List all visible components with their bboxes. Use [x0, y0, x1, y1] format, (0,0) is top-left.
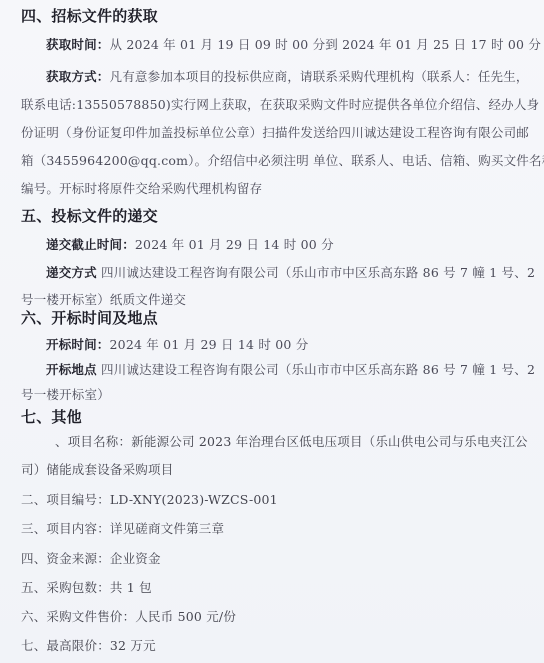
field-label: 开标时间： — [46, 337, 110, 352]
field-value: 凡有意参加本项目的投标供应商，请联系采购代理机构（联系人：任先生， — [110, 69, 529, 84]
field-value-continued: 箱（3455964200@qq.com）。介绍信中必须注明 单位、联系人、电话、… — [21, 153, 544, 169]
field-opening-location: 开标地点 四川诚达建设工程咨询有限公司（乐山市市中区乐高东路 86 号 7 幢 … — [46, 362, 535, 378]
list-item-max-price: 七、最高限价：32 万元 — [21, 638, 156, 654]
list-item-document-price: 六、采购文件售价：人民币 500 元/份 — [21, 609, 236, 625]
list-item-project-number: 二、项目编号：LD-XNY(2023)-WZCS-001 — [21, 492, 278, 508]
field-label: 获取方式： — [46, 69, 110, 84]
section-heading-7: 七、其他 — [21, 408, 82, 426]
list-item-project-content: 三、项目内容：详见磋商文件第三章 — [21, 521, 224, 537]
section-heading-6: 六、开标时间及地点 — [21, 309, 158, 327]
field-value-continued: 编号。开标时将原件交给采购代理机构留存 — [21, 181, 262, 197]
field-value-continued: 号一楼开标室） — [21, 387, 110, 403]
field-acquire-method: 获取方式：凡有意参加本项目的投标供应商，请联系采购代理机构（联系人：任先生， — [46, 69, 529, 85]
field-opening-time: 开标时间：2024 年 01 月 29 日 14 时 00 分 — [46, 337, 308, 353]
field-value: 四川诚达建设工程咨询有限公司（乐山市市中区乐高东路 86 号 7 幢 1 号、2 — [97, 265, 535, 280]
field-label: 开标地点 — [46, 362, 97, 377]
field-submit-method: 递交方式 四川诚达建设工程咨询有限公司（乐山市市中区乐高东路 86 号 7 幢 … — [46, 265, 535, 281]
section-heading-4: 四、招标文件的获取 — [21, 7, 158, 25]
field-value: 2024 年 01 月 29 日 14 时 00 分 — [135, 237, 334, 252]
field-label: 递交方式 — [46, 265, 97, 280]
field-value-continued: 联系电话:13550578850)实行网上获取，在获取采购文件时应提供各单位介绍… — [21, 97, 539, 113]
list-item-fund-source: 四、资金来源：企业资金 — [21, 551, 161, 567]
field-submit-deadline: 递交截止时间：2024 年 01 月 29 日 14 时 00 分 — [46, 237, 334, 253]
field-acquire-time: 获取时间：从 2024 年 01 月 19 日 09 时 00 分到 2024 … — [46, 37, 541, 53]
list-item-project-name: 、项目名称：新能源公司 2023 年治理台区低电压项目（乐山供电公司与乐电夹江公 — [55, 434, 528, 450]
field-value-continued: 号一楼开标室）纸质文件递交 — [21, 292, 186, 308]
field-value: 2024 年 01 月 29 日 14 时 00 分 — [110, 337, 309, 352]
field-value: 四川诚达建设工程咨询有限公司（乐山市市中区乐高东路 86 号 7 幢 1 号、2 — [97, 362, 535, 377]
section-heading-5: 五、投标文件的递交 — [21, 207, 158, 225]
field-label: 递交截止时间： — [46, 237, 135, 252]
field-label: 获取时间： — [46, 37, 110, 52]
document-page: 四、招标文件的获取 获取时间：从 2024 年 01 月 19 日 09 时 0… — [0, 0, 544, 663]
list-item-package-count: 五、采购包数：共 1 包 — [21, 580, 152, 596]
field-value-continued: 份证明（身份证复印件加盖投标单位公章）扫描件发送给四川诚达建设工程咨询有限公司邮 — [21, 125, 529, 141]
field-value: 从 2024 年 01 月 19 日 09 时 00 分到 2024 年 01 … — [110, 37, 542, 52]
list-item-continued: 司）储能成套设备采购项目 — [21, 462, 173, 478]
